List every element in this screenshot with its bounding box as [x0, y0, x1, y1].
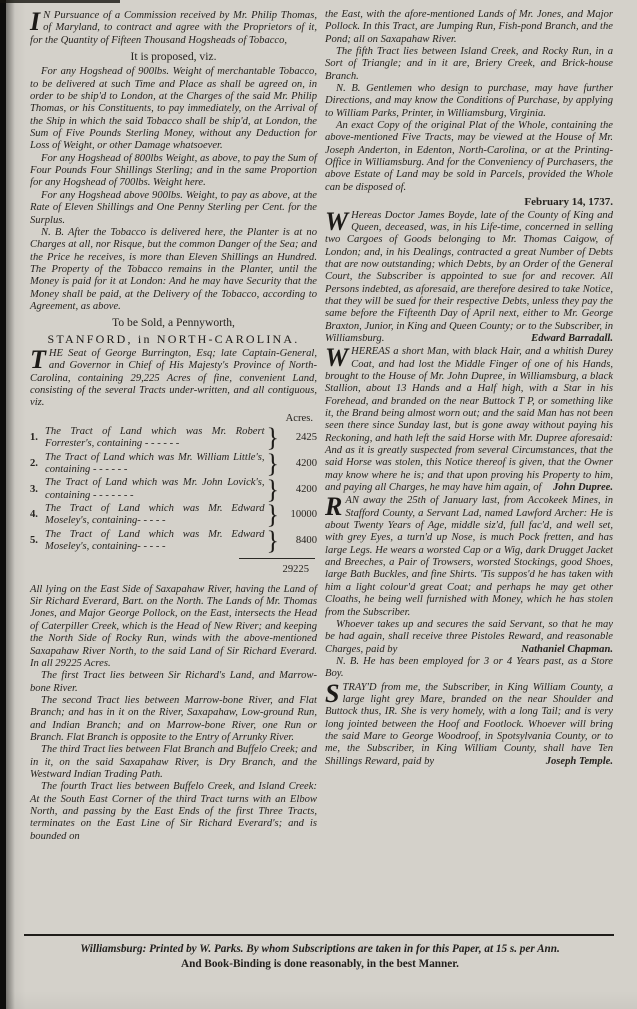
imprint-line-1: Williamsburg: Printed by W. Parks. By wh… [20, 942, 620, 957]
drop-cap: T [30, 348, 49, 370]
brace-glyph: } [267, 530, 279, 552]
tract-description: The Tract of Land which was Mr. William … [45, 452, 265, 477]
paragraph-text: The third Tract lies between Flat Branch… [30, 744, 317, 780]
paragraph-text: It is proposed, viz. [131, 50, 217, 63]
paragraph-text: the East, with the afore-mentioned Lands… [325, 9, 613, 45]
brace-glyph: } [267, 479, 279, 501]
paragraph-text: N. B. Gentlemen who design to purchase, … [325, 83, 613, 119]
advert-paragraph: The second Tract lies between Marrow-bon… [30, 695, 317, 744]
advert-paragraph: N. B. After the Tobacco is delivered her… [30, 227, 317, 313]
acres-total-value: 29225 [239, 558, 315, 576]
tract-row: 3.The Tract of Land which was Mr. John L… [30, 477, 317, 502]
right-column: the East, with the afore-mentioned Lands… [325, 9, 613, 768]
tract-description: The Tract of Land which was Mr. John Lov… [45, 477, 265, 502]
drop-cap: W [325, 346, 351, 368]
tract-number: 1. [30, 432, 45, 444]
tract-row: 5.The Tract of Land which was Mr. Edward… [30, 529, 317, 554]
paragraph-text: AN away the 25th of January last, from A… [325, 495, 613, 617]
brace-glyph: } [267, 453, 279, 475]
paragraph-text: HEREAS a short Man, with black Hair, and… [325, 346, 613, 493]
paragraph-text: For any Hogshead of 800lbs Weight, as ab… [30, 153, 317, 189]
advert-paragraph: The fifth Tract lies between Island Cree… [325, 46, 613, 83]
advert-paragraph: RAN away the 25th of January last, from … [325, 495, 613, 618]
signature: Nathaniel Chapman. [502, 644, 613, 656]
paragraph-text: For any Hogshead above 900lbs. Weight, t… [30, 190, 317, 226]
drop-cap: W [325, 210, 351, 232]
advert-paragraph: For any Hogshead of 900lbs. Weight of me… [30, 66, 317, 152]
drop-cap: R [325, 495, 345, 517]
signature: Edward Barradall. [523, 333, 613, 345]
advert-paragraph: The third Tract lies between Flat Branch… [30, 744, 317, 781]
dateline: February 14, 1737. [325, 196, 613, 208]
tract-number: 2. [30, 458, 45, 470]
section-heading: It is proposed, viz. [30, 51, 317, 63]
advert-paragraph: The fourth Tract lies between Buffelo Cr… [30, 781, 317, 843]
paragraph-text: The first Tract lies between Sir Richard… [30, 670, 317, 693]
paragraph-text: An exact Copy of the original Plat of th… [325, 120, 613, 193]
advert-paragraph: N. B. He has been employed for 3 or 4 Ye… [325, 656, 613, 681]
newspaper-page: IN Pursuance of a Commission received by… [0, 0, 637, 1009]
tract-description: The Tract of Land which was Mr. Edward M… [45, 529, 265, 554]
tract-row: 1.The Tract of Land which was Mr. Robert… [30, 426, 317, 451]
paragraph-text: February 14, 1737. [524, 196, 613, 208]
advert-paragraph: The first Tract lies between Sir Richard… [30, 670, 317, 695]
paragraph-text: TRAY'D from me, the Subscriber, in King … [325, 682, 613, 767]
tract-description: The Tract of Land which was Mr. Robert F… [45, 426, 265, 451]
section-heading: To be Sold, a Pennyworth, [30, 317, 317, 329]
signature: John Dupree. [545, 482, 613, 494]
paragraph-text: N. B. After the Tobacco is delivered her… [30, 227, 317, 312]
tract-row: 4.The Tract of Land which was Mr. Edward… [30, 503, 317, 528]
tract-row: 2.The Tract of Land which was Mr. Willia… [30, 452, 317, 477]
paragraph-text: Acres. [286, 413, 313, 424]
advert-paragraph: Whoever takes up and secures the said Se… [325, 619, 613, 656]
scan-top-mark [0, 0, 120, 3]
drop-cap: S [325, 682, 342, 704]
paragraph-text: Hereas Doctor James Boyde, late of the C… [325, 210, 613, 344]
advert-paragraph: For any Hogshead of 800lbs Weight, as ab… [30, 153, 317, 190]
paragraph-text: The fourth Tract lies between Buffelo Cr… [30, 781, 317, 841]
acres-value: 2425 [281, 432, 317, 444]
advert-paragraph: WHereas Doctor James Boyde, late of the … [325, 210, 613, 346]
paragraph-text: N. B. He has been employed for 3 or 4 Ye… [325, 656, 613, 679]
acres-value: 4200 [281, 484, 317, 496]
paragraph-text: N Pursuance of a Commission received by … [30, 10, 317, 46]
paragraph-text: STANFORD, in NORTH-CAROLINA. [48, 332, 300, 346]
paragraph-text: HE Seat of George Burrington, Esq; late … [30, 348, 317, 408]
scan-edge-fade [6, 0, 15, 1009]
paragraph-text: The second Tract lies between Marrow-bon… [30, 695, 317, 743]
footer-divider-rule [24, 934, 614, 936]
advert-paragraph: For any Hogshead above 900lbs. Weight, t… [30, 190, 317, 227]
signature: Joseph Temple. [538, 756, 613, 768]
tract-number: 4. [30, 509, 45, 521]
drop-cap: I [30, 10, 43, 32]
advert-paragraph: WHEREAS a short Man, with black Hair, an… [325, 346, 613, 494]
printer-imprint: Williamsburg: Printed by W. Parks. By wh… [20, 942, 620, 971]
paragraph-text: To be Sold, a Pennyworth, [112, 316, 235, 329]
acres-value: 8400 [281, 535, 317, 547]
tract-description: The Tract of Land which was Mr. Edward M… [45, 503, 265, 528]
advert-paragraph: the East, with the afore-mentioned Lands… [325, 9, 613, 46]
advert-paragraph: STRAY'D from me, the Subscriber, in King… [325, 682, 613, 768]
paragraph-text: For any Hogshead of 900lbs. Weight of me… [30, 66, 317, 151]
advert-paragraph: IN Pursuance of a Commission received by… [30, 10, 317, 47]
paragraph-text: All lying on the East Side of Saxapahaw … [30, 584, 317, 669]
advert-paragraph: N. B. Gentlemen who design to purchase, … [325, 83, 613, 120]
acres-value: 10000 [281, 509, 317, 521]
advert-paragraph: THE Seat of George Burrington, Esq; late… [30, 348, 317, 410]
paragraph-text: The fifth Tract lies between Island Cree… [325, 46, 613, 82]
tract-number: 5. [30, 535, 45, 547]
place-heading: STANFORD, in NORTH-CAROLINA. [30, 333, 317, 345]
brace-glyph: } [267, 427, 279, 449]
left-column: IN Pursuance of a Commission received by… [30, 9, 317, 843]
advert-paragraph: An exact Copy of the original Plat of th… [325, 120, 613, 194]
brace-glyph: } [267, 504, 279, 526]
advert-paragraph: All lying on the East Side of Saxapahaw … [30, 584, 317, 670]
acres-value: 4200 [281, 458, 317, 470]
acres-total: 29225 [30, 558, 315, 576]
tract-number: 3. [30, 484, 45, 496]
imprint-line-2: And Book-Binding is done reasonably, in … [20, 957, 620, 972]
